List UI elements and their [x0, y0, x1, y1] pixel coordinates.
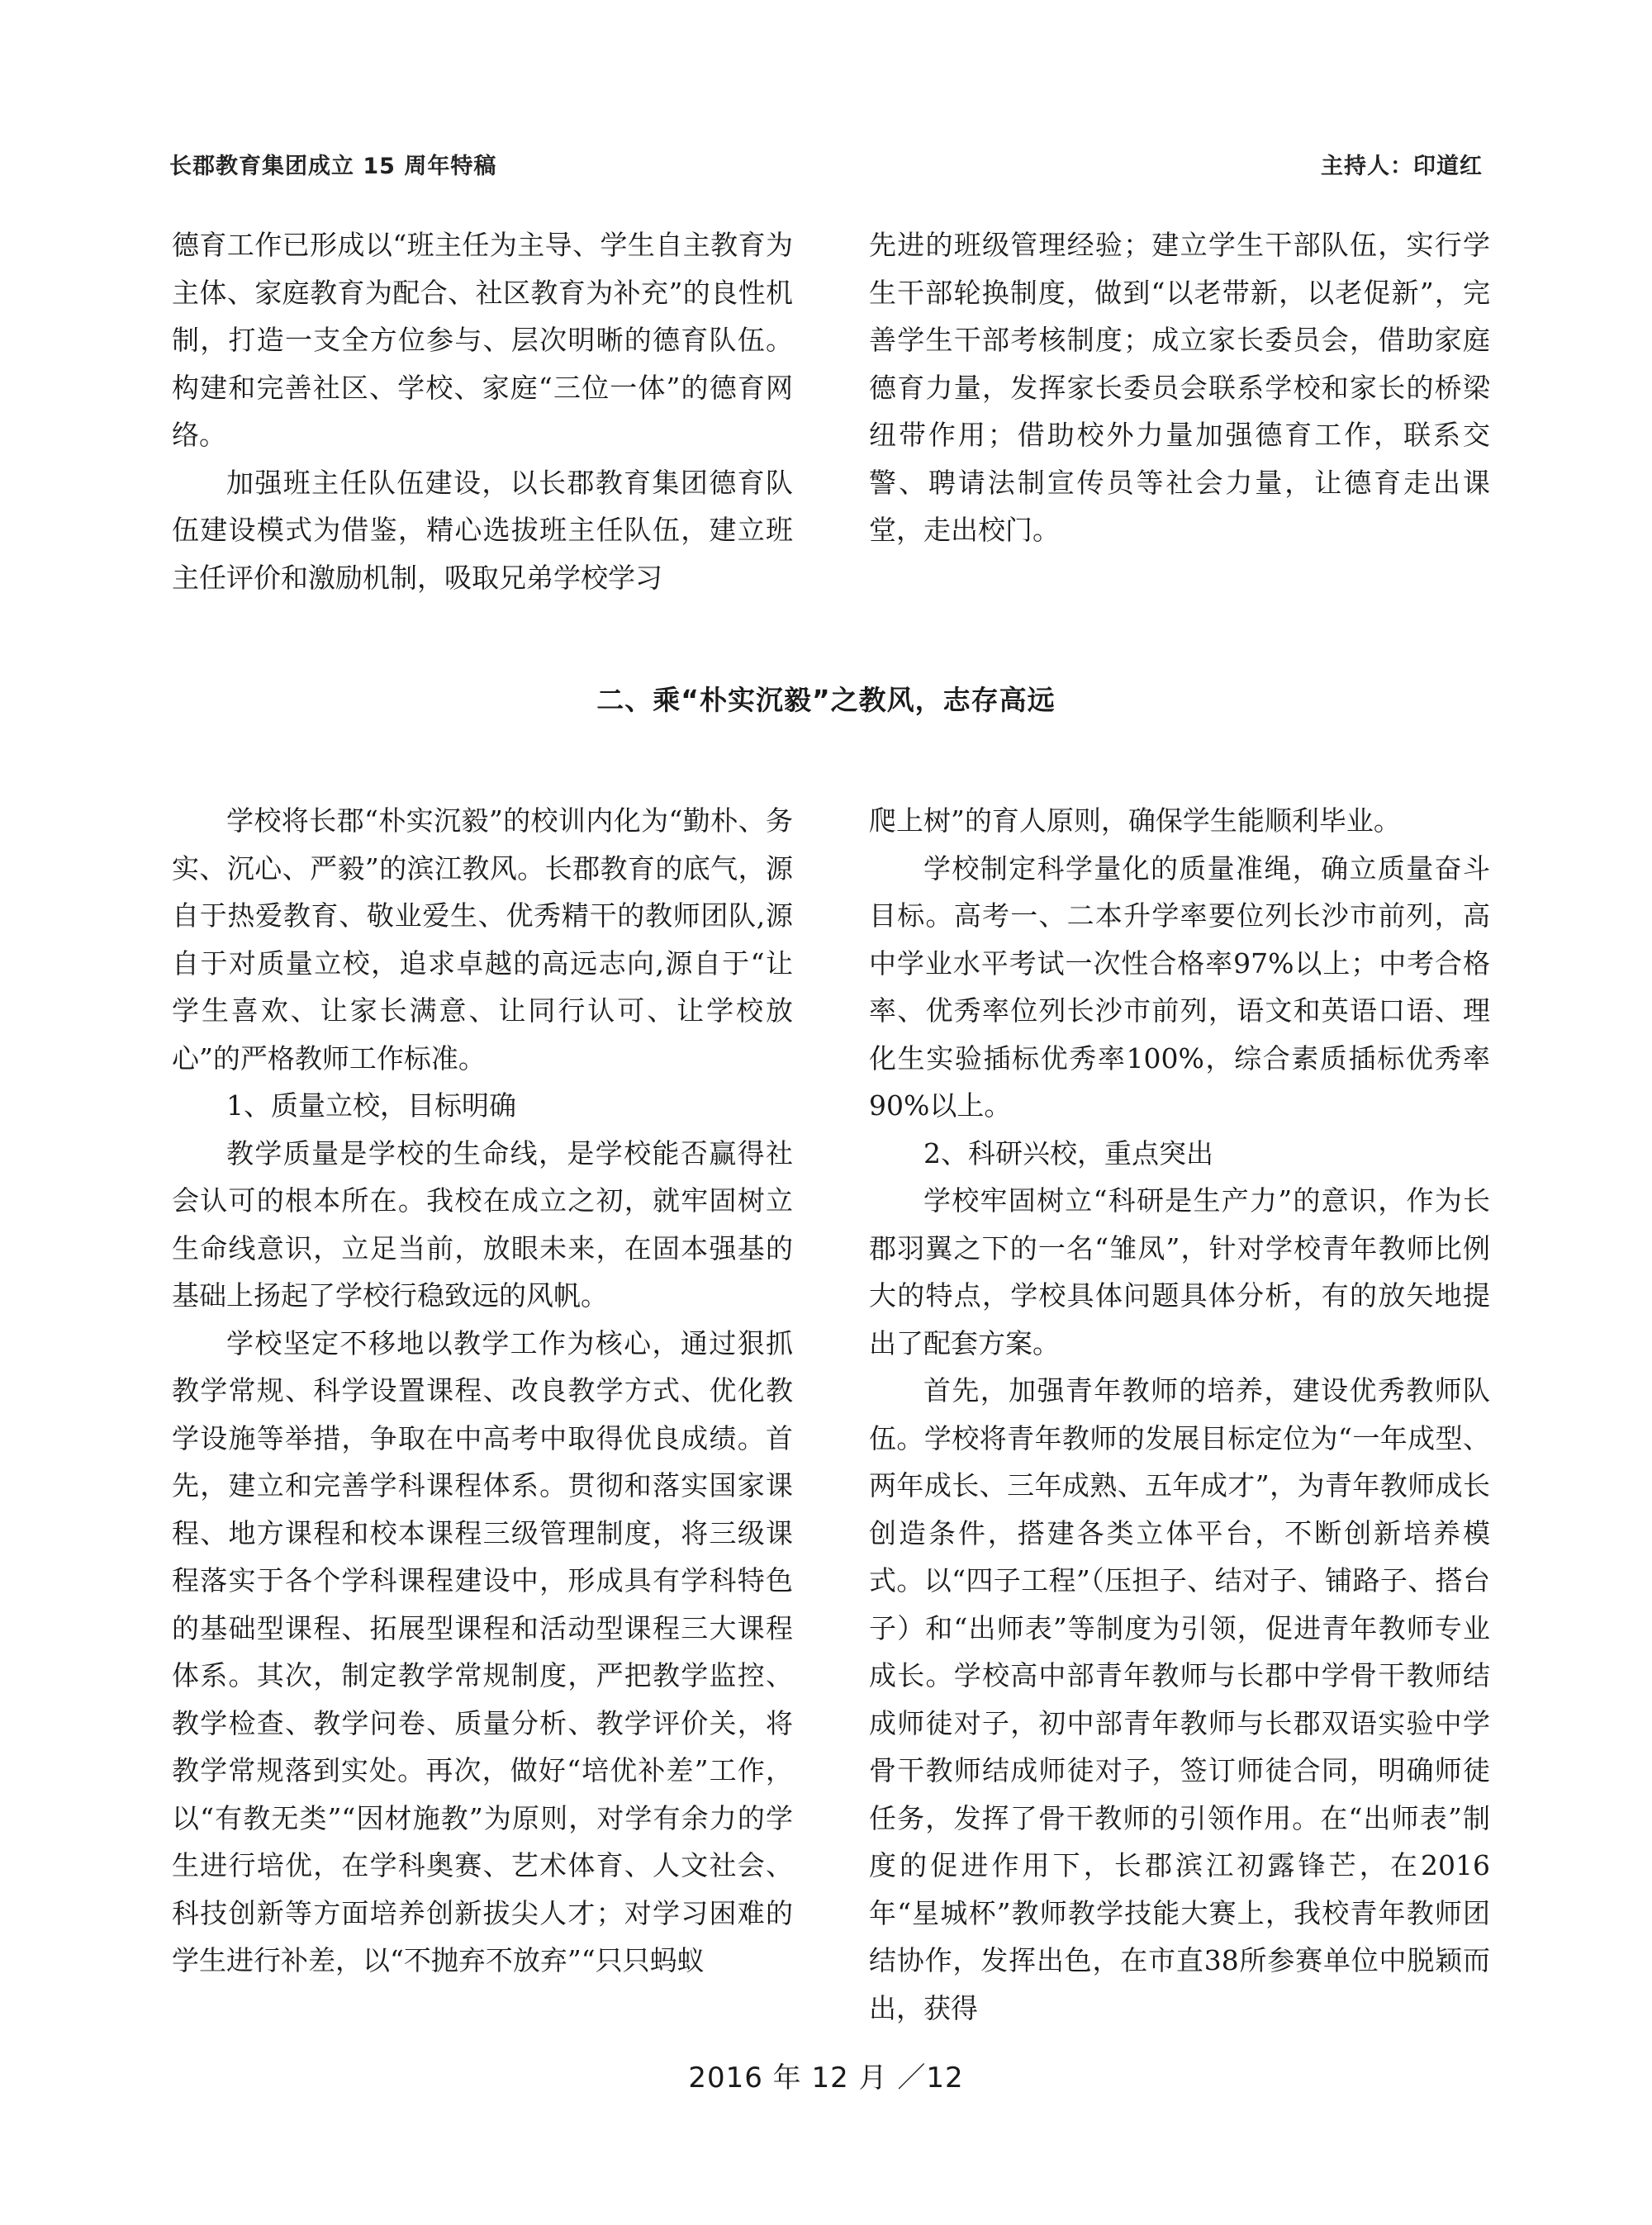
subheading: 2、科研兴校，重点突出	[869, 1130, 1490, 1178]
paragraph: 学校坚定不移地以教学工作为核心，通过狠抓教学常规、科学设置课程、改良教学方式、优…	[172, 1320, 793, 1985]
paragraph: 德育工作已形成以“班主任为主导、学生自主教育为主体、家庭教育为配合、社区教育为补…	[172, 221, 793, 459]
main-right-column: 爬上树”的育人原则，确保学生能顺利毕业。 学校制定科学量化的质量准绳，确立质量奋…	[869, 797, 1490, 2032]
running-header: 长郡教育集团成立 15 周年特稿 主持人：印道红	[169, 147, 1483, 180]
header-series-title: 长郡教育集团成立 15 周年特稿	[169, 148, 496, 180]
paragraph: 爬上树”的育人原则，确保学生能顺利毕业。	[869, 797, 1490, 845]
main-left-column: 学校将长郡“朴实沉毅”的校训内化为“勤朴、务实、沉心、严毅”的滨江教风。长郡教育…	[172, 797, 793, 1985]
top-right-column: 先进的班级管理经验；建立学生干部队伍，实行学生干部轮换制度，做到“以老带新，以老…	[869, 221, 1490, 554]
paragraph: 学校牢固树立“科研是生产力”的意识，作为长郡羽翼之下的一名“雏凤”，针对学校青年…	[869, 1177, 1490, 1367]
top-left-column: 德育工作已形成以“班主任为主导、学生自主教育为主体、家庭教育为配合、社区教育为补…	[172, 221, 793, 601]
paragraph: 加强班主任队伍建设，以长郡教育集团德育队伍建设模式为借鉴，精心选拔班主任队伍，建…	[172, 459, 793, 602]
paragraph: 先进的班级管理经验；建立学生干部队伍，实行学生干部轮换制度，做到“以老带新，以老…	[869, 221, 1490, 554]
paragraph: 教学质量是学校的生命线，是学校能否赢得社会认可的根本所在。我校在成立之初，就牢固…	[172, 1130, 793, 1320]
page-footer: 2016 年 12 月 ／12	[0, 2055, 1652, 2095]
section-heading: 二、乘“朴实沉毅”之教风，志存高远	[0, 679, 1652, 718]
header-host: 主持人：印道红	[1321, 148, 1483, 180]
subheading: 1、质量立校，目标明确	[172, 1082, 793, 1130]
paragraph: 学校将长郡“朴实沉毅”的校训内化为“勤朴、务实、沉心、严毅”的滨江教风。长郡教育…	[172, 797, 793, 1082]
paragraph: 首先，加强青年教师的培养，建设优秀教师队伍。学校将青年教师的发展目标定位为“一年…	[869, 1367, 1490, 2032]
paragraph: 学校制定科学量化的质量准绳，确立质量奋斗目标。高考一、二本升学率要位列长沙市前列…	[869, 845, 1490, 1130]
